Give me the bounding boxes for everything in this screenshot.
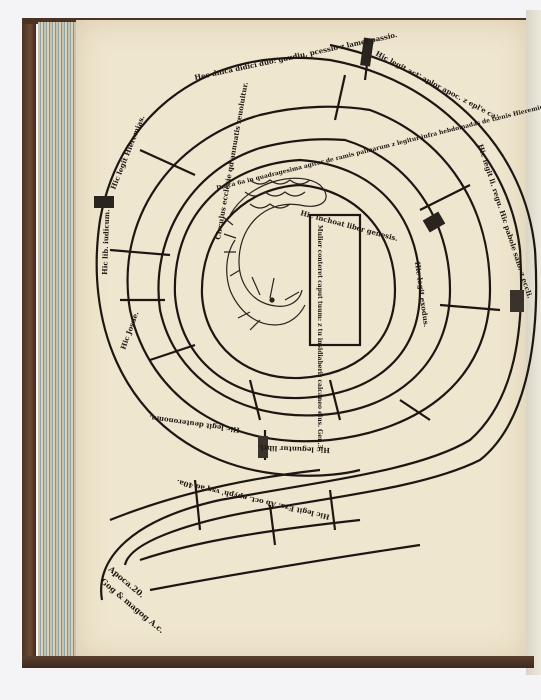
inner-ring-right-label: Hic legit exodus. [413, 261, 431, 328]
center-inscription: Mulier conteret caput tuum: z tu insidia… [316, 225, 323, 449]
spiral-diagram: Hec dnica didici duo: gaudiu, pcessio z … [0, 0, 541, 700]
outer-ring-right-label: Hic legit li. regu. Hic pabole salo. z e… [476, 143, 535, 300]
inner-ring-left-label: Circulus ecclesie qd annuatis reuoluitur… [213, 81, 250, 240]
outer-ring-bottom-label-1: Hic legit deuteronomu. [148, 413, 240, 435]
inner-ring-top-label: Hic inchoat liber genesis. [299, 208, 399, 243]
outer-ring-top-right-label: Hic legit act' aplor apoc. z epl'e ca'. [374, 49, 502, 123]
outer-ring-left-label-3: Hic Josue. [118, 310, 140, 351]
outer-ring-left-label-2: Hic lib. iudicum. [100, 209, 111, 275]
outer-ring-left-label-1: Hic legit Hieremias. [109, 114, 147, 191]
